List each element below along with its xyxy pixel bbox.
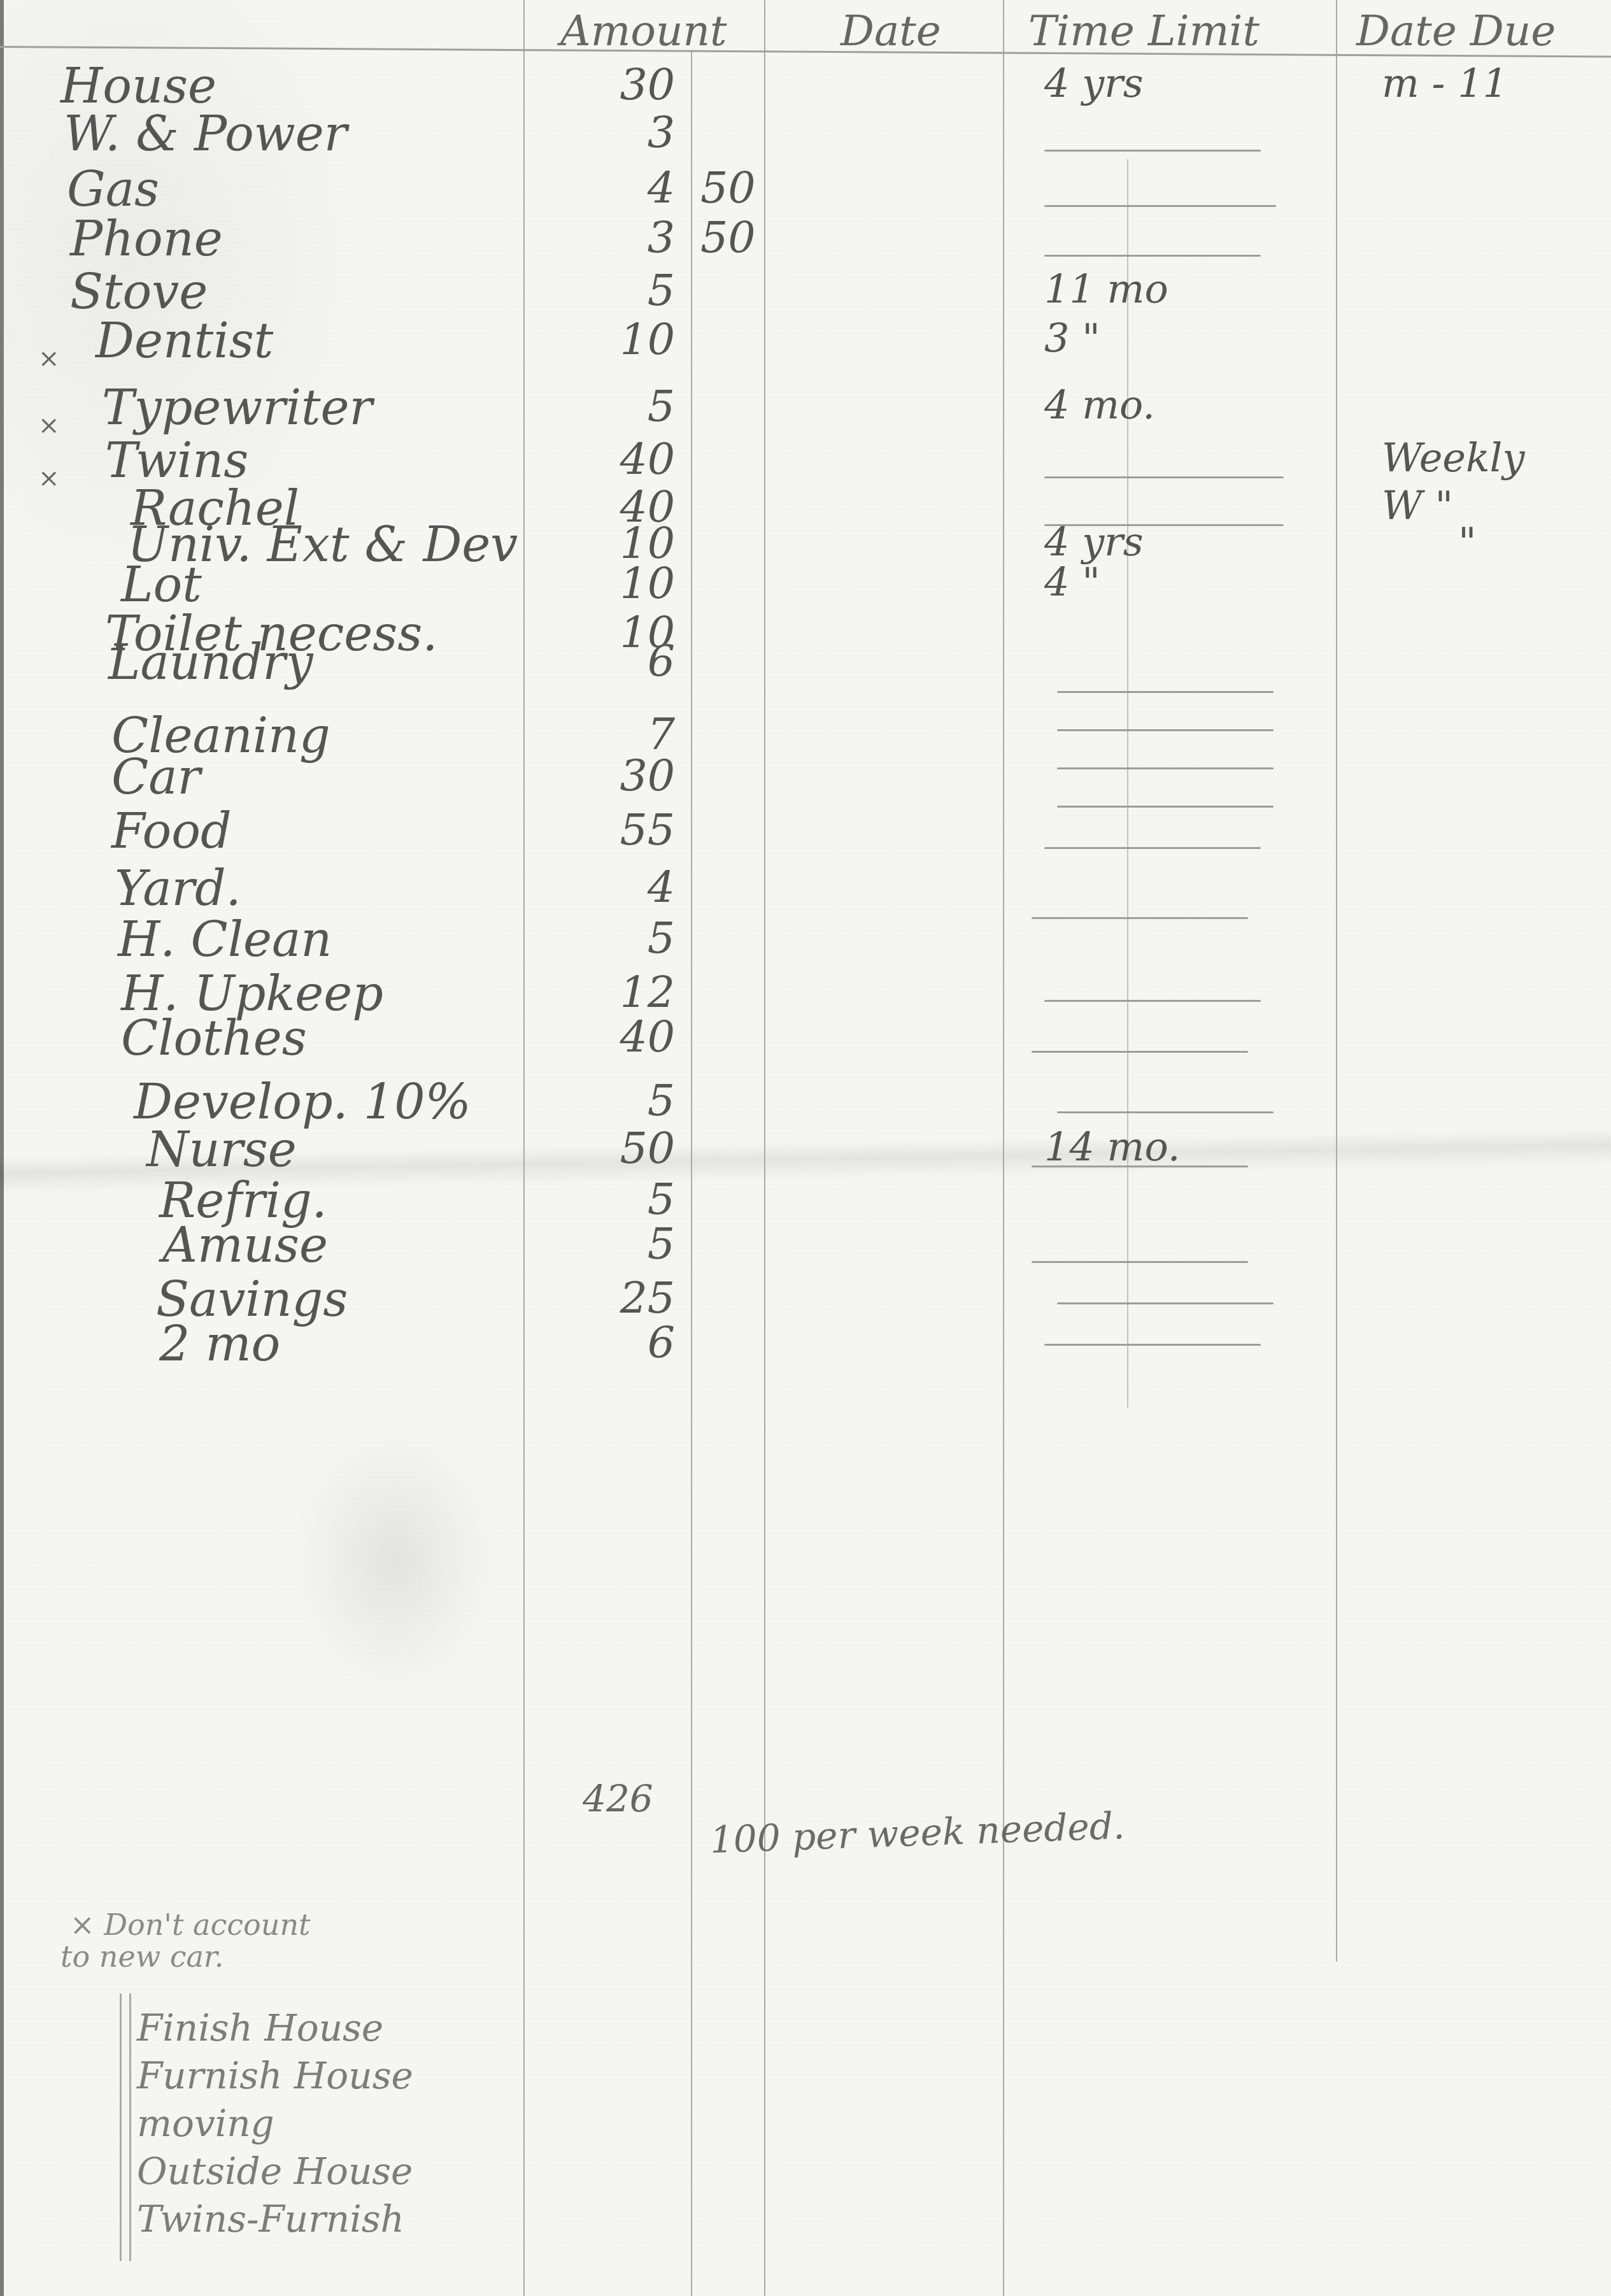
blank-dash [1057,1111,1274,1113]
item-date-due: W " [1382,482,1453,529]
item-amount: 12 [548,967,675,1018]
future-list-item: moving [137,2102,274,2145]
date-due-column-rule [1336,0,1337,1962]
item-label: W. & Power [64,105,347,162]
item-time-limit: 3 " [1044,315,1100,361]
blank-dash [1032,1261,1248,1263]
item-label: Clothes [121,1009,307,1066]
time-limit-column-rule [1003,0,1004,2296]
item-amount: 40 [548,1012,675,1062]
item-amount: 30 [548,60,675,110]
item-amount: 5 [548,913,675,964]
footnote-line-1: × Don't account [70,1907,311,1942]
blank-dash [1032,1051,1248,1053]
list-bracket [120,1993,131,2261]
blank-dash [1044,476,1284,478]
future-list-item: Outside House [137,2150,413,2193]
item-amount: 6 [548,636,675,687]
header-date-due: Date Due [1356,6,1556,55]
item-time-limit: 11 mo [1044,266,1168,312]
item-amount: 5 [548,266,675,316]
item-amount: 50 [548,1123,675,1174]
item-time-limit: 4 mo. [1044,381,1155,428]
item-cents: 50 [700,213,756,263]
future-list-item: Twins-Furnish [137,2197,404,2241]
future-list-item: Finish House [137,2006,383,2050]
item-time-limit: 4 " [1044,559,1100,605]
item-label: Phone [70,210,223,267]
item-amount: 10 [548,559,675,609]
amount-total: 426 [583,1777,653,1820]
item-cents: 50 [700,163,756,213]
item-amount: 3 [548,213,675,263]
item-amount: 5 [548,1219,675,1269]
blank-dash [1057,806,1274,808]
blank-dash [1057,767,1274,769]
asterisk-mark-icon: × [38,411,60,440]
asterisk-mark-icon: × [38,344,60,373]
item-date-due: " [1458,518,1477,565]
item-label: Car [111,748,201,805]
item-time-limit: 14 mo. [1044,1123,1180,1170]
blank-dash [1044,524,1284,526]
header-amount: Amount [560,6,727,55]
item-label: Dentist [96,312,273,369]
blank-dash [1044,205,1276,207]
item-label: Laundry [108,634,313,690]
item-amount: 6 [548,1318,675,1368]
date-column-rule [764,0,765,2296]
item-label: Food [111,802,232,859]
item-date-due: m - 11 [1382,60,1508,106]
asterisk-mark-icon: × [38,464,60,493]
item-label: H. Clean [118,911,332,967]
header-time-limit: Time Limit [1028,6,1260,55]
item-amount: 3 [548,108,675,158]
item-label: 2 mo [159,1315,280,1372]
item-amount: 4 [548,862,675,913]
item-amount: 30 [548,751,675,801]
item-label: Nurse [146,1121,297,1178]
header-date: Date [841,6,941,55]
cents-column-rule [691,51,692,2296]
item-label: Typewriter [102,379,373,436]
item-label: Lot [121,556,202,613]
item-amount: 5 [548,381,675,432]
blank-dash [1057,1302,1274,1304]
blank-dash [1057,729,1274,731]
footnote-line-2: to new car. [60,1939,224,1974]
item-amount: 5 [548,1076,675,1126]
item-amount: 10 [548,315,675,365]
item-label: Stove [70,263,208,320]
item-label: Yard. [115,860,241,916]
blank-dash [1057,691,1274,693]
item-amount: 25 [548,1273,675,1323]
item-amount: 55 [548,805,675,855]
time-limit-subrule [1127,159,1128,1408]
blank-dash [1032,917,1248,919]
blank-dash [1044,255,1261,257]
blank-dash [1044,150,1261,152]
item-amount: 5 [548,1174,675,1225]
item-amount: 4 [548,163,675,213]
item-date-due: Weekly [1382,434,1524,481]
blank-dash [1044,1000,1261,1002]
blank-dash [1044,1344,1261,1346]
item-label: Amuse [162,1216,328,1273]
amount-column-rule [523,0,525,2296]
blank-dash [1044,847,1261,849]
future-list-item: Furnish House [137,2054,413,2097]
blank-dash [1032,1166,1248,1167]
item-label: Gas [67,160,159,217]
page-edge [0,0,4,2296]
item-amount: 40 [548,434,675,485]
item-time-limit: 4 yrs [1044,60,1144,106]
